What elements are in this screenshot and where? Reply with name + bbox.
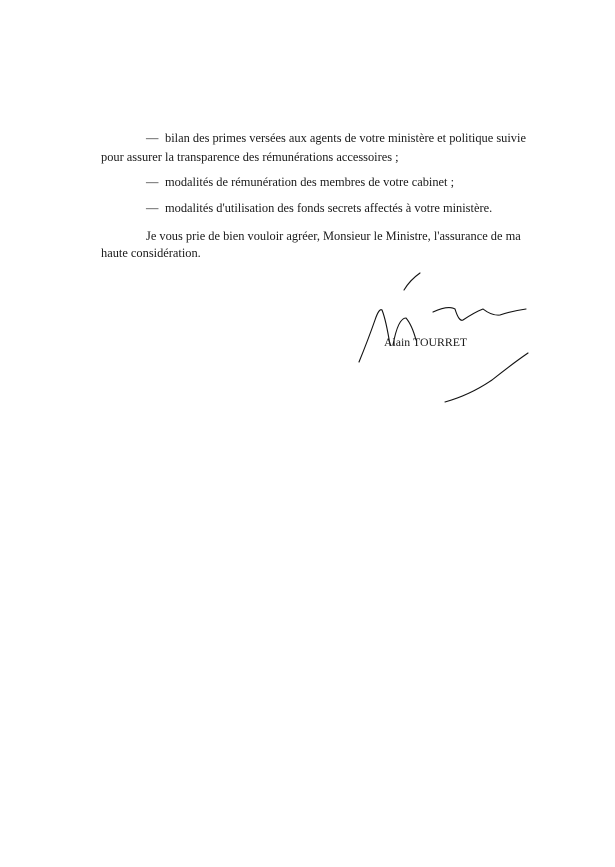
signatory-name: Alain TOURRET [384,335,467,350]
document-page: — bilan des primes versées aux agents de… [0,0,615,867]
handwritten-signature [0,0,615,867]
